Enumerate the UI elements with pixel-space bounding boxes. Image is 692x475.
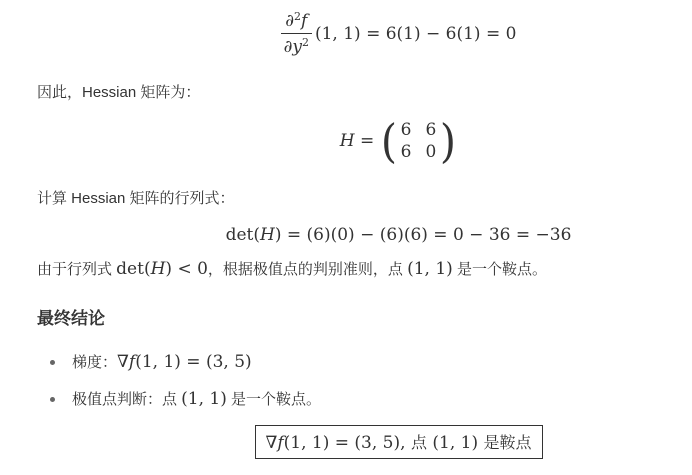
left-paren: ( (381, 116, 397, 166)
formula-hessian-matrix: H = ( 6 6 6 0 ) (37, 116, 692, 166)
formula-rest: (1, 1) = 6(1) − 6(1) = 0 (315, 24, 516, 44)
bullet-dot (50, 360, 55, 365)
para-saddle-conclusion: 由于行列式 det(H) < 0，根据极值点的判别准则，点 (1, 1) 是一个… (37, 259, 692, 280)
math-segment: 是一个鞍点。 (453, 261, 547, 278)
math-segment: 由于行列式 (37, 261, 116, 278)
math-segment: H (260, 225, 275, 245)
math-segment: 梯度： (72, 354, 117, 371)
document-body: ∂2f ∂y2 (1, 1) = 6(1) − 6(1) = 0 因此，Hess… (0, 0, 692, 459)
math-segment: (1, 1) = (3, 5) (135, 352, 251, 372)
math-segment: 是一个鞍点。 (227, 391, 321, 408)
formula-second-partial: ∂2f ∂y2 (1, 1) = 6(1) − 6(1) = 0 (37, 10, 692, 58)
math-segment: 2 (294, 10, 301, 23)
list-item-gradient: 梯度：∇f(1, 1) = (3, 5) (37, 351, 692, 374)
math-segment: ∇ (117, 352, 129, 372)
right-paren: ) (440, 116, 456, 166)
fraction: ∂2f ∂y2 (281, 10, 312, 58)
boxed-result-row: ∇f(1, 1) = (3, 5), 点 (1, 1) 是鞍点 (37, 425, 692, 459)
matrix-cell-r1c1: 6 (401, 120, 412, 140)
math-segment: (1, 1) (407, 259, 453, 279)
math-segment: H (340, 131, 355, 151)
math-segment: (1, 1) (427, 433, 484, 453)
matrix: ( 6 6 6 0 ) (380, 116, 458, 166)
math-segment: det( (226, 225, 260, 245)
math-segment: H (151, 259, 166, 279)
math-segment: ∂ (285, 11, 294, 31)
list-item-text: 极值点判断：点 (1, 1) 是一个鞍点。 (72, 391, 321, 408)
math-segment: (1, 1) = (3, 5) (284, 433, 400, 453)
math-segment: y (292, 37, 302, 57)
math-segment: (1, 1) = 6(1) − 6(1) = 0 (315, 24, 516, 44)
math-segment: f (301, 11, 307, 31)
math-segment: det( (116, 259, 150, 279)
matrix-cells: 6 6 6 0 (398, 120, 440, 162)
hessian-lhs: H = (340, 131, 380, 151)
math-segment: ∇ (266, 433, 278, 453)
matrix-cell-r2c2: 0 (425, 142, 436, 162)
final-conclusion-heading: 最终结论 (37, 304, 692, 329)
boxed-result: ∇f(1, 1) = (3, 5), 点 (1, 1) 是鞍点 (255, 425, 543, 459)
math-segment: ) = (6)(0) − (6)(6) = 0 − 36 = −36 (275, 225, 572, 245)
math-segment: 点 (411, 435, 427, 452)
conclusion-list: 梯度：∇f(1, 1) = (3, 5) 极值点判断：点 (1, 1) 是一个鞍… (37, 351, 692, 411)
para-det-intro: 计算 Hessian 矩阵的行列式： (37, 188, 692, 209)
matrix-cell-r1c2: 6 (425, 120, 436, 140)
math-segment: (1, 1) (181, 389, 227, 409)
math-segment: 是鞍点 (483, 435, 531, 452)
fraction-denominator: ∂y2 (281, 33, 312, 57)
fraction-numerator: ∂2f (282, 10, 310, 33)
list-item-saddle: 极值点判断：点 (1, 1) 是一个鞍点。 (37, 388, 692, 411)
para-hessian-intro: 因此，Hessian 矩阵为： (37, 82, 692, 103)
math-segment: 极值点判断：点 (72, 391, 181, 408)
math-segment: , (400, 433, 411, 453)
math-segment: 2 (302, 36, 309, 49)
math-segment: = (355, 131, 380, 151)
math-segment: ，根据极值点的判别准则，点 (208, 261, 407, 278)
matrix-cell-r2c1: 6 (401, 142, 412, 162)
formula-determinant: det(H) = (6)(0) − (6)(6) = 0 − 36 = −36 (37, 225, 692, 245)
list-item-text: 梯度：∇f(1, 1) = (3, 5) (72, 354, 252, 371)
math-segment: ) < 0 (165, 259, 208, 279)
bullet-dot (50, 397, 55, 402)
